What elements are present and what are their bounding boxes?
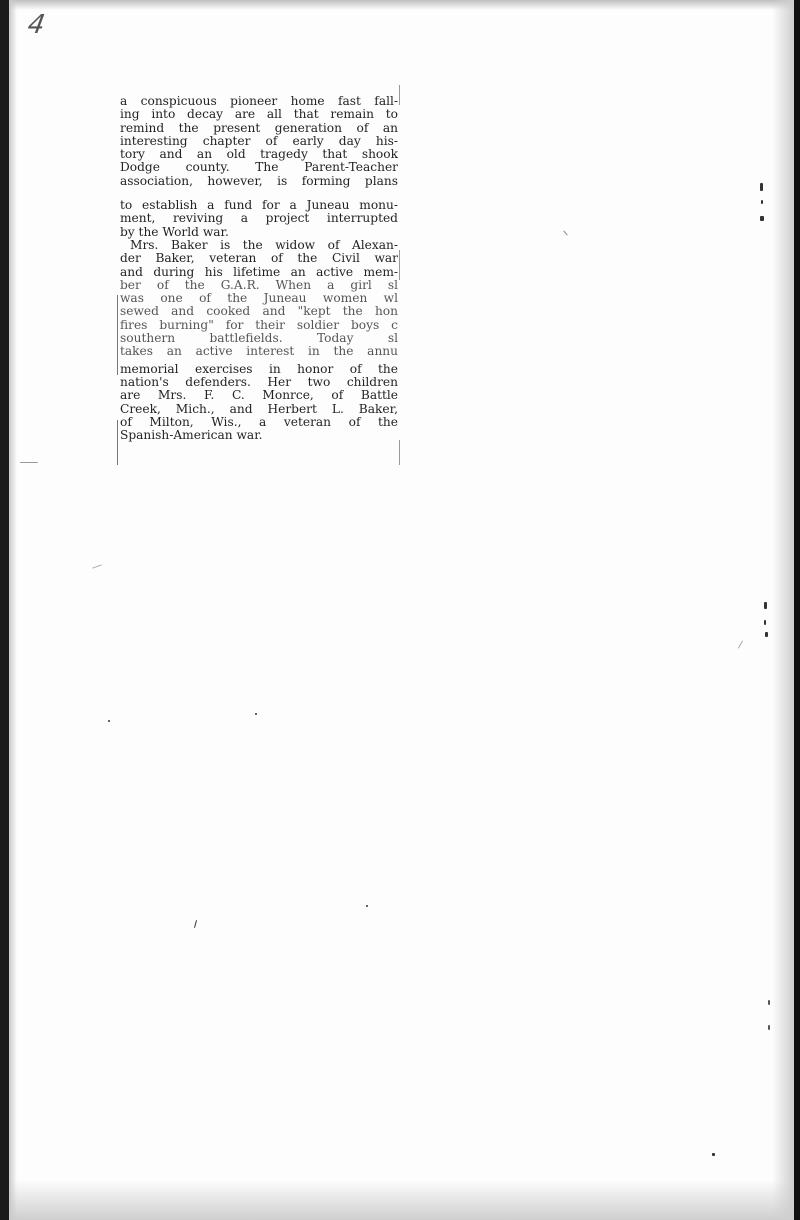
paragraph-block-1: a conspicuous pioneer home fast fall- in… (120, 95, 398, 188)
scan-speck (20, 462, 38, 463)
text-line: Mrs. Baker is the widow of Alexan- (120, 239, 398, 252)
scan-speck (764, 620, 766, 625)
scan-edge-top (0, 0, 800, 10)
scan-edge-bottom (0, 1180, 800, 1220)
scan-edge-left (0, 0, 9, 1220)
scan-speck (712, 1153, 715, 1156)
scan-speck (738, 640, 743, 648)
column-rule-left (117, 295, 118, 375)
paragraph-block-4: memorial exercises in honor of the natio… (120, 363, 398, 443)
handwritten-page-number: 4 (25, 10, 47, 40)
paragraph-block-2: to establish a fund for a Juneau monu- m… (120, 199, 398, 239)
column-rule-right-mid (399, 250, 400, 280)
text-line: interesting chapter of early day his- (120, 135, 398, 148)
text-line: Spanish-American war. (120, 429, 398, 442)
column-rule-right-top (399, 85, 400, 105)
text-line: to establish a fund for a Juneau monu- (120, 199, 398, 212)
scan-speck (760, 183, 763, 191)
text-line: was one of the Juneau women wl (120, 292, 398, 305)
scan-speck (108, 720, 110, 722)
text-line: takes an active interest in the annu (120, 345, 398, 358)
text-line: sewed and cooked and "kept the hon (120, 305, 398, 318)
scan-speck (194, 920, 197, 928)
text-line: are Mrs. F. C. Monrce, of Battle (120, 389, 398, 402)
scan-speck (563, 230, 568, 235)
text-line: Dodge county. The Parent-Teacher (120, 161, 398, 174)
text-line: by the World war. (120, 226, 398, 239)
text-line: memorial exercises in honor of the (120, 363, 398, 376)
scan-edge-right-shadow (772, 0, 794, 1220)
scan-speck (768, 1000, 770, 1005)
text-line: remind the present generation of an (120, 122, 398, 135)
text-line: of Milton, Wis., a veteran of the (120, 416, 398, 429)
scan-speck (366, 905, 368, 907)
text-line: ment, reviving a project interrupted (120, 212, 398, 225)
scan-speck (255, 713, 257, 715)
text-line: tory and an old tragedy that shook (120, 148, 398, 161)
article-column: a conspicuous pioneer home fast fall- in… (120, 95, 398, 442)
scan-speck (765, 632, 768, 637)
text-line: nation's defenders. Her two children (120, 376, 398, 389)
scan-speck (92, 564, 102, 568)
scan-speck (761, 200, 763, 204)
text-line: southern battlefields. Today sl (120, 332, 398, 345)
text-line: ing into decay are all that remain to (120, 108, 398, 121)
scanned-page: 4 a conspicuous pioneer home fast fall- … (0, 0, 800, 1220)
scan-speck (764, 602, 767, 609)
scan-speck (768, 1025, 770, 1030)
text-line: der Baker, veteran of the Civil war (120, 252, 398, 265)
text-line: association, however, is forming plans (120, 175, 398, 188)
scan-speck (760, 216, 764, 221)
scan-edge-right (794, 0, 800, 1220)
column-rule-left-lower (117, 420, 118, 465)
text-line: ber of the G.A.R. When a girl sl (120, 279, 398, 292)
column-rule-right-bottom (399, 440, 400, 465)
text-line: a conspicuous pioneer home fast fall- (120, 95, 398, 108)
text-line: and during his lifetime an active mem- (120, 266, 398, 279)
scan-edge-left-shadow (9, 0, 17, 1220)
text-line: fires burning" for their soldier boys c (120, 319, 398, 332)
paragraph-block-3: Mrs. Baker is the widow of Alexan- der B… (120, 239, 398, 359)
text-line: Creek, Mich., and Herbert L. Baker, (120, 403, 398, 416)
